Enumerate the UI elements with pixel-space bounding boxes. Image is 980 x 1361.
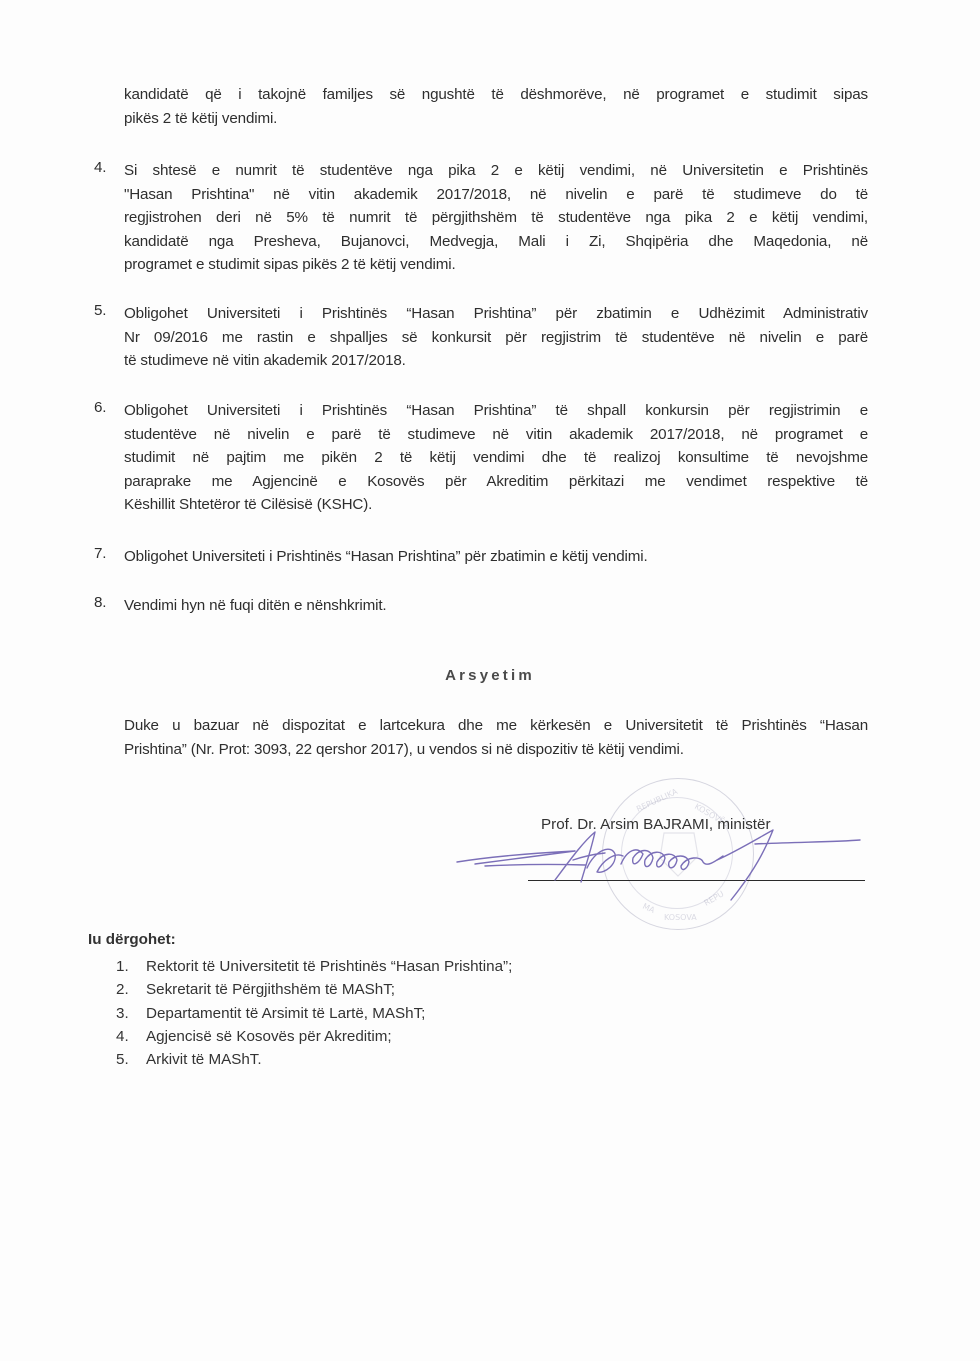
paragraph-line: Obligohet Universiteti i Prishtinës “Has… xyxy=(124,545,868,569)
recipient-number: 3. xyxy=(116,1002,146,1025)
paragraph-line: regjistrohen deri në 5% të numrit të për… xyxy=(124,206,868,230)
svg-text:KOSOVA: KOSOVA xyxy=(664,913,697,922)
recipient-number: 4. xyxy=(116,1025,146,1048)
recipient-number: 5. xyxy=(116,1048,146,1071)
decision-item-6: Obligohet Universiteti i Prishtinës “Has… xyxy=(124,399,868,517)
paragraph-line: kandidatë që i takojnë familjes së ngush… xyxy=(124,83,868,107)
paragraph-line: Nr 09/2016 me rastin e shpalljes së konk… xyxy=(124,326,868,350)
continuation-paragraph: kandidatë që i takojnë familjes së ngush… xyxy=(124,83,868,130)
item-number: 6. xyxy=(94,399,118,416)
item-number: 4. xyxy=(94,159,118,176)
paragraph-line: studimit në pajtim me pikën 2 të këtij v… xyxy=(124,446,868,470)
recipients-list: 1.Rektorit të Universitetit të Prishtinë… xyxy=(116,955,512,1071)
recipient-item: 2.Sekretarit të Përgjithshëm të MAShT; xyxy=(116,978,512,1001)
paragraph-line: të studimeve në vitin akademik 2017/2018… xyxy=(124,349,868,373)
paragraph-line: pikës 2 të këtij vendimi. xyxy=(124,107,868,131)
paragraph-line: kandidatë nga Presheva, Bujanovci, Medve… xyxy=(124,230,868,254)
paragraph-line: Obligohet Universiteti i Prishtinës “Has… xyxy=(124,399,868,423)
reasoning-heading: Arsyetim xyxy=(0,667,980,684)
recipient-text: Departamentit të Arsimit të Lartë, MAShT… xyxy=(146,1005,425,1022)
item-number: 8. xyxy=(94,594,118,611)
decision-item-4: Si shtesë e numrit të studentëve nga pik… xyxy=(124,159,868,277)
paragraph-line: Këshillit Shtetëror të Cilësisë (KSHC). xyxy=(124,493,868,517)
paragraph-line: "Hasan Prishtina" në vitin akademik 2017… xyxy=(124,183,868,207)
recipient-item: 5.Arkivit të MAShT. xyxy=(116,1048,512,1071)
recipient-text: Sekretarit të Përgjithshëm të MAShT; xyxy=(146,981,395,998)
paragraph-line: Prishtina” (Nr. Prot: 3093, 22 qershor 2… xyxy=(124,738,868,762)
recipient-text: Agjencisë së Kosovës për Akreditim; xyxy=(146,1028,392,1045)
decision-item-8: Vendimi hyn në fuqi ditën e nënshkrimit. xyxy=(124,594,868,618)
recipient-item: 4.Agjencisë së Kosovës për Akreditim; xyxy=(116,1025,512,1048)
decision-item-7: Obligohet Universiteti i Prishtinës “Has… xyxy=(124,545,868,569)
handwritten-signature-icon xyxy=(455,820,865,910)
recipient-number: 1. xyxy=(116,955,146,978)
reasoning-paragraph: Duke u bazuar në dispozitat e lartcekura… xyxy=(124,714,868,761)
decision-item-5: Obligohet Universiteti i Prishtinës “Has… xyxy=(124,302,868,373)
paragraph-line: Vendimi hyn në fuqi ditën e nënshkrimit. xyxy=(124,594,868,618)
recipient-item: 1.Rektorit të Universitetit të Prishtinë… xyxy=(116,955,512,978)
paragraph-line: Duke u bazuar në dispozitat e lartcekura… xyxy=(124,714,868,738)
recipient-text: Rektorit të Universitetit të Prishtinës … xyxy=(146,958,512,975)
recipient-item: 3.Departamentit të Arsimit të Lartë, MAS… xyxy=(116,1002,512,1025)
item-number: 5. xyxy=(94,302,118,319)
recipients-title: Iu dërgohet: xyxy=(88,931,176,948)
paragraph-line: paraprake me Agjencinë e Kosovës për Akr… xyxy=(124,470,868,494)
recipient-number: 2. xyxy=(116,978,146,1001)
item-number: 7. xyxy=(94,545,118,562)
recipient-text: Arkivit të MAShT. xyxy=(146,1051,262,1068)
paragraph-line: studentëve në nivelin e parë të studimev… xyxy=(124,423,868,447)
svg-text:REPUBLIKA: REPUBLIKA xyxy=(635,787,679,814)
document-page: kandidatë që i takojnë familjes së ngush… xyxy=(0,0,980,1361)
paragraph-line: Obligohet Universiteti i Prishtinës “Has… xyxy=(124,302,868,326)
paragraph-line: Si shtesë e numrit të studentëve nga pik… xyxy=(124,159,868,183)
paragraph-line: programet e studimit sipas pikës 2 të kë… xyxy=(124,253,868,277)
